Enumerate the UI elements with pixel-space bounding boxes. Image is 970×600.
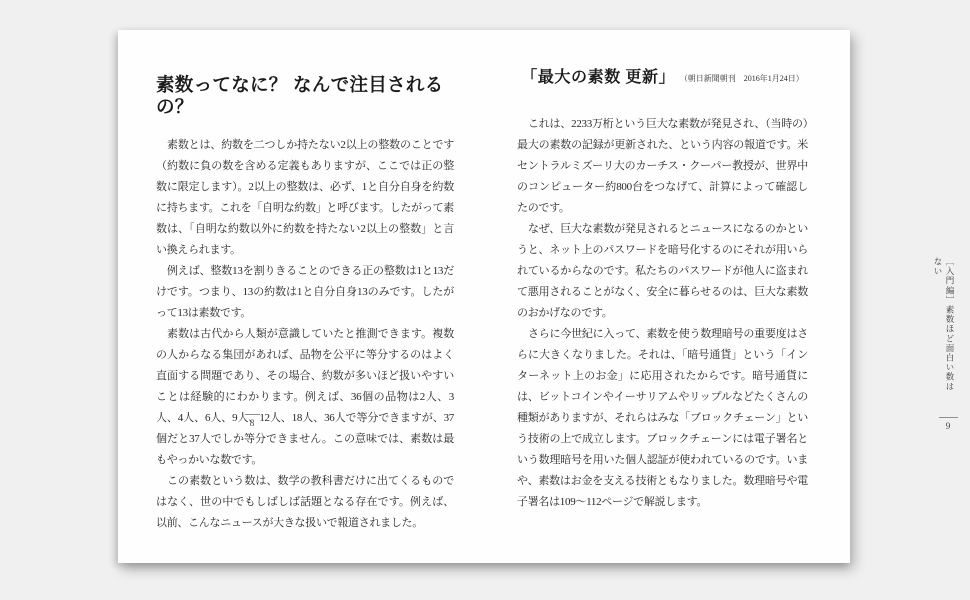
left-page-title: 素数ってなに？ なんで注目されるの？	[156, 74, 454, 118]
left-page: 素数ってなに？ なんで注目されるの？ 素数とは、約数を二つしか持たない2以上の整…	[156, 74, 454, 534]
news-citation: （朝日新聞朝刊 2016年1月24日）	[680, 74, 804, 83]
right-page-folio: 9	[938, 417, 958, 432]
right-page-title: 「最大の素数 更新」 （朝日新聞朝刊 2016年1月24日）	[517, 68, 808, 89]
right-page-number: 9	[938, 422, 958, 432]
book-page-spread: 素数ってなに？ なんで注目されるの？ 素数とは、約数を二つしか持たない2以上の整…	[118, 30, 850, 563]
body-paragraph: この素数という数は、数学の教科書だけに出てくるものではなく、世の中でもしばしば話…	[156, 471, 454, 534]
left-page-folio: 8	[242, 414, 262, 429]
body-paragraph: 例えば、整数13を割りきることのできる正の整数は1と13だけです。つまり、13の…	[156, 261, 454, 324]
chapter-running-head: ［入門編］素数ほど面白い数はない	[932, 257, 956, 397]
body-paragraph: これは、2233万桁という巨大な素数が発見され、（当時の）最大の素数の記録が更新…	[517, 114, 808, 219]
right-page: 「最大の素数 更新」 （朝日新聞朝刊 2016年1月24日） これは、2233万…	[517, 68, 808, 513]
right-page-body: これは、2233万桁という巨大な素数が発見され、（当時の）最大の素数の記録が更新…	[517, 114, 808, 513]
body-paragraph: 素数とは、約数を二つしか持たない2以上の整数のことです（約数に負の数を含める定義…	[156, 135, 454, 261]
screenshot-background: 素数ってなに？ なんで注目されるの？ 素数とは、約数を二つしか持たない2以上の整…	[0, 0, 970, 600]
body-paragraph: 素数は古代から人類が意識していたと推測できます。複数の人からなる集団があれば、品…	[156, 324, 454, 471]
folio-rule	[245, 414, 260, 415]
folio-rule	[939, 417, 958, 418]
body-paragraph: なぜ、巨大な素数が発見されるとニュースになるのかというと、ネット上のパスワードを…	[517, 219, 808, 324]
news-headline: 「最大の素数 更新」	[521, 69, 675, 86]
left-page-body: 素数とは、約数を二つしか持たない2以上の整数のことです（約数に負の数を含める定義…	[156, 135, 454, 534]
body-paragraph: さらに今世紀に入って、素数を使う数理暗号の重要度はさらに大きくなりました。それは…	[517, 324, 808, 513]
left-page-number: 8	[242, 419, 262, 429]
